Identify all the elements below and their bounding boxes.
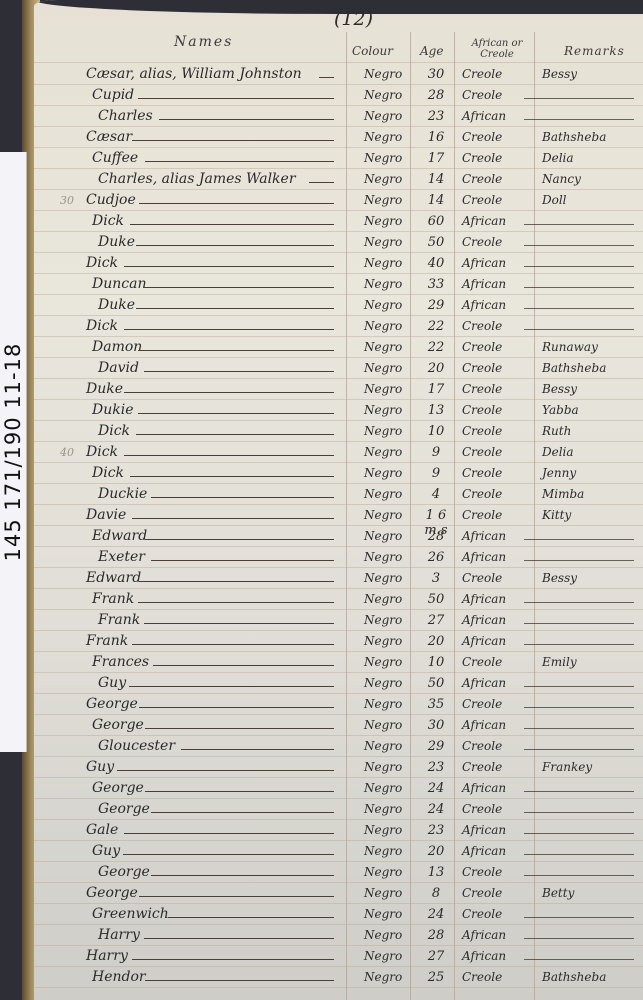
- entry-origin: African: [462, 109, 506, 123]
- entry-name: Dick: [92, 465, 124, 481]
- entry-name: Dick: [86, 318, 118, 334]
- entry-origin: African: [462, 634, 506, 648]
- name-fill-line: [151, 560, 334, 561]
- table-row: DukieNegro13CreoleYabba: [34, 400, 643, 421]
- entry-origin: African: [462, 613, 506, 627]
- entry-origin: African: [462, 844, 506, 858]
- entry-age: 29: [418, 298, 454, 313]
- entry-name: Guy: [98, 675, 126, 691]
- entry-colour: Negro: [364, 592, 402, 606]
- name-fill-line: [124, 392, 334, 393]
- name-fill-line: [139, 203, 334, 204]
- name-fill-line: [319, 77, 334, 78]
- entry-name: Greenwich: [92, 906, 169, 922]
- entry-origin: Creole: [462, 970, 502, 984]
- entry-origin: Creole: [462, 382, 502, 396]
- entry-remark: Ruth: [542, 424, 571, 438]
- entry-origin: African: [462, 214, 506, 228]
- entry-colour: Negro: [364, 172, 402, 186]
- entry-origin: Creole: [462, 361, 502, 375]
- entry-name: George: [92, 717, 144, 733]
- entry-age: 20: [418, 844, 454, 859]
- name-fill-line: [145, 287, 334, 288]
- name-fill-line: [145, 161, 334, 162]
- table-row: DickNegro60African: [34, 211, 643, 232]
- table-row: GuyNegro20African: [34, 841, 643, 862]
- entry-name: Davie: [86, 507, 126, 523]
- entry-colour: Negro: [364, 571, 402, 585]
- entry-origin: Creole: [462, 403, 502, 417]
- name-fill-line: [124, 329, 334, 330]
- remark-fill-line: [524, 917, 634, 918]
- table-row: CupidNegro28Creole: [34, 85, 643, 106]
- entry-colour: Negro: [364, 613, 402, 627]
- entry-age: 24: [418, 907, 454, 922]
- table-row: Charles, alias James WalkerNegro14Creole…: [34, 169, 643, 190]
- entry-name: Edward: [86, 570, 141, 586]
- entry-origin: Creole: [462, 151, 502, 165]
- entry-origin: Creole: [462, 886, 502, 900]
- entry-remark: Frankey: [542, 760, 592, 774]
- entry-age: 23: [418, 823, 454, 838]
- entry-origin: Creole: [462, 802, 502, 816]
- name-fill-line: [129, 686, 335, 687]
- header-names: Names: [174, 34, 233, 50]
- entry-age: 9: [418, 445, 454, 460]
- entry-colour: Negro: [364, 802, 402, 816]
- table-row: GeorgeNegro35Creole: [34, 694, 643, 715]
- entry-name: Duke: [86, 381, 123, 397]
- table-row: ExeterNegro26African: [34, 547, 643, 568]
- entry-origin: Creole: [462, 739, 502, 753]
- entry-origin: Creole: [462, 508, 502, 522]
- remark-fill-line: [524, 728, 634, 729]
- entry-origin: Creole: [462, 424, 502, 438]
- entry-age: 13: [418, 865, 454, 880]
- table-row: DickNegro22Creole: [34, 316, 643, 337]
- entry-remark: Betty: [542, 886, 574, 900]
- entry-origin: Creole: [462, 67, 502, 81]
- entry-name: Charles: [98, 108, 153, 124]
- entry-remark: Bathsheba: [542, 130, 606, 144]
- entry-colour: Negro: [364, 550, 402, 564]
- name-fill-line: [132, 644, 335, 645]
- name-fill-line: [124, 833, 334, 834]
- entry-age: 30: [418, 67, 454, 82]
- entry-name: Dukie: [92, 402, 134, 418]
- remark-fill-line: [524, 308, 634, 309]
- name-fill-line: [138, 350, 335, 351]
- name-fill-line: [144, 938, 335, 939]
- table-row: FrankNegro50African: [34, 589, 643, 610]
- remark-fill-line: [524, 98, 634, 99]
- entry-age: 29: [418, 739, 454, 754]
- entry-name: Duncan: [92, 276, 146, 292]
- entry-colour: Negro: [364, 634, 402, 648]
- entry-remark: Bathsheba: [542, 361, 606, 375]
- entry-colour: Negro: [364, 445, 402, 459]
- header-colour: Colour: [352, 44, 393, 58]
- table-row: HendorNegro25CreoleBathsheba: [34, 967, 643, 988]
- entry-name: Dick: [98, 423, 130, 439]
- entry-origin: Creole: [462, 655, 502, 669]
- remark-fill-line: [524, 644, 634, 645]
- name-fill-line: [168, 917, 335, 918]
- entry-origin: Creole: [462, 88, 502, 102]
- entry-age: 28: [418, 928, 454, 943]
- name-fill-line: [139, 707, 334, 708]
- remark-fill-line: [524, 854, 634, 855]
- entry-origin: African: [462, 676, 506, 690]
- name-fill-line: [145, 980, 334, 981]
- entry-age: 10: [418, 655, 454, 670]
- entry-origin: African: [462, 592, 506, 606]
- entry-name: Harry: [98, 927, 140, 943]
- entry-colour: Negro: [364, 235, 402, 249]
- entry-colour: Negro: [364, 466, 402, 480]
- entry-origin: African: [462, 529, 506, 543]
- entry-colour: Negro: [364, 298, 402, 312]
- remark-fill-line: [524, 560, 634, 561]
- remark-fill-line: [524, 623, 634, 624]
- name-fill-line: [130, 476, 334, 477]
- table-row: DamonNegro22CreoleRunaway: [34, 337, 643, 358]
- table-row: DuncanNegro33African: [34, 274, 643, 295]
- entry-age: 3: [418, 571, 454, 586]
- entry-origin: Creole: [462, 466, 502, 480]
- entry-origin: Creole: [462, 760, 502, 774]
- name-fill-line: [145, 539, 334, 540]
- margin-mark: 30: [60, 194, 74, 207]
- entry-colour: Negro: [364, 655, 402, 669]
- name-fill-line: [151, 812, 334, 813]
- name-fill-line: [151, 497, 334, 498]
- entry-name: George: [98, 864, 150, 880]
- entry-remark: Doll: [542, 193, 567, 207]
- entry-origin: African: [462, 298, 506, 312]
- entry-name: Cupid: [92, 87, 134, 103]
- entry-origin: Creole: [462, 235, 502, 249]
- entry-origin: Creole: [462, 865, 502, 879]
- entry-colour: Negro: [364, 781, 402, 795]
- table-row: CuffeeNegro17CreoleDelia: [34, 148, 643, 169]
- name-fill-line: [144, 623, 335, 624]
- entry-name: Dick: [86, 444, 118, 460]
- entry-age: 35: [418, 697, 454, 712]
- entry-colour: Negro: [364, 382, 402, 396]
- table-row: GeorgeNegro24Creole: [34, 799, 643, 820]
- entry-name: Charles, alias James Walker: [98, 171, 296, 187]
- archive-tag: 145 171/190 11-18: [0, 152, 27, 752]
- entry-colour: Negro: [364, 823, 402, 837]
- entry-remark: Delia: [542, 445, 574, 459]
- entry-origin: Creole: [462, 907, 502, 921]
- entry-age: 13: [418, 403, 454, 418]
- remark-fill-line: [524, 959, 634, 960]
- remark-fill-line: [524, 749, 634, 750]
- entry-remark: Bessy: [542, 382, 577, 396]
- entry-age: 40: [418, 256, 454, 271]
- table-row: DickNegro9CreoleDelia: [34, 442, 643, 463]
- entry-age: 24: [418, 781, 454, 796]
- entry-age: 16: [418, 130, 454, 145]
- entry-name: Guy: [92, 843, 120, 859]
- entry-name: Frances: [92, 654, 149, 670]
- table-row: DavieNegro1 6 m.sCreoleKitty: [34, 505, 643, 526]
- name-fill-line: [124, 266, 334, 267]
- entry-name: George: [92, 780, 144, 796]
- name-fill-line: [159, 119, 335, 120]
- name-fill-line: [139, 896, 334, 897]
- entry-origin: Creole: [462, 445, 502, 459]
- entry-age: 17: [418, 382, 454, 397]
- name-fill-line: [309, 182, 335, 183]
- name-fill-line: [138, 413, 335, 414]
- entry-age: 20: [418, 634, 454, 649]
- entry-origin: Creole: [462, 319, 502, 333]
- remark-fill-line: [524, 224, 634, 225]
- remark-fill-line: [524, 266, 634, 267]
- table-row: Cæsar, alias, William JohnstonNegro30Cre…: [34, 64, 643, 85]
- entry-colour: Negro: [364, 865, 402, 879]
- name-fill-line: [124, 455, 334, 456]
- entry-name: Dick: [86, 255, 118, 271]
- entry-origin: African: [462, 823, 506, 837]
- entry-remark: Nancy: [542, 172, 581, 186]
- remark-fill-line: [524, 329, 634, 330]
- entry-colour: Negro: [364, 403, 402, 417]
- table-row: FrancesNegro10CreoleEmily: [34, 652, 643, 673]
- entry-origin: African: [462, 256, 506, 270]
- entry-colour: Negro: [364, 739, 402, 753]
- entry-age: 4: [418, 487, 454, 502]
- header-remarks: Remarks: [564, 44, 625, 58]
- entry-age: 25: [418, 970, 454, 985]
- entry-colour: Negro: [364, 508, 402, 522]
- entry-origin: Creole: [462, 487, 502, 501]
- table-row: GuyNegro50African: [34, 673, 643, 694]
- entry-colour: Negro: [364, 886, 402, 900]
- remark-fill-line: [524, 245, 634, 246]
- table-row: CharlesNegro23African: [34, 106, 643, 127]
- remark-fill-line: [524, 833, 634, 834]
- entry-colour: Negro: [364, 319, 402, 333]
- remark-fill-line: [524, 791, 634, 792]
- table-row: DukeNegro17CreoleBessy: [34, 379, 643, 400]
- table-row: GaleNegro23African: [34, 820, 643, 841]
- table-row: DukeNegro50Creole: [34, 232, 643, 253]
- entry-age: 23: [418, 760, 454, 775]
- name-fill-line: [130, 224, 334, 225]
- table-row: DickNegro9CreoleJenny: [34, 463, 643, 484]
- entry-age: 60: [418, 214, 454, 229]
- entry-name: Edward: [92, 528, 147, 544]
- entry-name: George: [86, 885, 138, 901]
- entry-remark: Runaway: [542, 340, 598, 354]
- name-fill-line: [181, 749, 334, 750]
- entry-name: George: [98, 801, 150, 817]
- entry-name: Frank: [92, 591, 134, 607]
- name-fill-line: [145, 791, 334, 792]
- entry-name: Dick: [92, 213, 124, 229]
- entry-name: Harry: [86, 948, 128, 964]
- table-row: EdwardNegro28African: [34, 526, 643, 547]
- remark-fill-line: [524, 539, 634, 540]
- entry-name: Cuffee: [92, 150, 138, 166]
- table-row: GreenwichNegro24Creole: [34, 904, 643, 925]
- entry-age: 28: [418, 529, 454, 544]
- entry-remark: Bathsheba: [542, 970, 606, 984]
- entry-origin: Creole: [462, 193, 502, 207]
- table-row: EdwardNegro3CreoleBessy: [34, 568, 643, 589]
- table-row: GloucesterNegro29Creole: [34, 736, 643, 757]
- entry-colour: Negro: [364, 277, 402, 291]
- name-fill-line: [123, 854, 335, 855]
- entry-colour: Negro: [364, 67, 402, 81]
- remark-fill-line: [524, 287, 634, 288]
- entry-colour: Negro: [364, 928, 402, 942]
- name-fill-line: [153, 665, 335, 666]
- remark-fill-line: [524, 812, 634, 813]
- table-row: FrankNegro27African: [34, 610, 643, 631]
- entry-colour: Negro: [364, 718, 402, 732]
- entry-origin: African: [462, 781, 506, 795]
- entry-name: Guy: [86, 759, 114, 775]
- entry-name: George: [86, 696, 138, 712]
- entry-age: 27: [418, 613, 454, 628]
- remark-fill-line: [524, 119, 634, 120]
- margin-mark: 40: [60, 446, 74, 459]
- entry-remark: Yabba: [542, 403, 579, 417]
- entry-age: 22: [418, 340, 454, 355]
- entry-age: 8: [418, 886, 454, 901]
- name-fill-line: [136, 245, 334, 246]
- name-fill-line: [151, 875, 334, 876]
- entry-age: 50: [418, 235, 454, 250]
- entry-age: 50: [418, 592, 454, 607]
- remark-fill-line: [524, 602, 634, 603]
- entry-name: Cæsar: [86, 129, 132, 145]
- entry-colour: Negro: [364, 130, 402, 144]
- entry-name: Gloucester: [98, 738, 175, 754]
- entry-origin: African: [462, 550, 506, 564]
- name-fill-line: [145, 728, 334, 729]
- remark-fill-line: [524, 686, 634, 687]
- header-origin: African or Creole: [462, 38, 532, 60]
- entry-name: Cudjoe: [86, 192, 136, 208]
- entry-colour: Negro: [364, 256, 402, 270]
- entry-origin: Creole: [462, 340, 502, 354]
- entry-age: 9: [418, 466, 454, 481]
- entry-age: 33: [418, 277, 454, 292]
- table-row: DickNegro10CreoleRuth: [34, 421, 643, 442]
- entry-remark: Mimba: [542, 487, 584, 501]
- entry-origin: Creole: [462, 571, 502, 585]
- entry-origin: Creole: [462, 697, 502, 711]
- entry-colour: Negro: [364, 844, 402, 858]
- entry-age: 28: [418, 88, 454, 103]
- table-row: GeorgeNegro8CreoleBetty: [34, 883, 643, 904]
- entry-name: Frank: [98, 612, 140, 628]
- entry-age: 14: [418, 172, 454, 187]
- entry-origin: Creole: [462, 130, 502, 144]
- entry-colour: Negro: [364, 907, 402, 921]
- name-fill-line: [136, 434, 334, 435]
- entry-age: 23: [418, 109, 454, 124]
- name-fill-line: [144, 371, 335, 372]
- remark-fill-line: [524, 707, 634, 708]
- table-row: GeorgeNegro30African: [34, 715, 643, 736]
- entry-origin: African: [462, 928, 506, 942]
- entry-remark: Delia: [542, 151, 574, 165]
- entry-colour: Negro: [364, 193, 402, 207]
- entry-remark: Jenny: [542, 466, 576, 480]
- entry-colour: Negro: [364, 88, 402, 102]
- entry-name: Frank: [86, 633, 128, 649]
- table-row: CæsarNegro16CreoleBathsheba: [34, 127, 643, 148]
- table-row: FrankNegro20African: [34, 631, 643, 652]
- entry-origin: African: [462, 718, 506, 732]
- table-row: CudjoeNegro14CreoleDoll: [34, 190, 643, 211]
- remark-fill-line: [524, 938, 634, 939]
- header-age: Age: [420, 44, 443, 58]
- entry-age: 27: [418, 949, 454, 964]
- ledger-page: (12) Names Colour Age African or Creole …: [34, 0, 643, 1000]
- name-fill-line: [132, 140, 335, 141]
- entry-origin: African: [462, 949, 506, 963]
- entry-name: Exeter: [98, 549, 145, 565]
- table-row: DavidNegro20CreoleBathsheba: [34, 358, 643, 379]
- entry-age: 20: [418, 361, 454, 376]
- entry-name: Duckie: [98, 486, 147, 502]
- entry-colour: Negro: [364, 949, 402, 963]
- entry-age: 50: [418, 676, 454, 691]
- name-fill-line: [136, 308, 334, 309]
- entry-colour: Negro: [364, 214, 402, 228]
- table-row: GuyNegro23CreoleFrankey: [34, 757, 643, 778]
- entry-age: 10: [418, 424, 454, 439]
- entry-age: 14: [418, 193, 454, 208]
- entry-age: 26: [418, 550, 454, 565]
- header-rule: [34, 62, 643, 63]
- name-fill-line: [117, 770, 335, 771]
- table-row: GeorgeNegro13Creole: [34, 862, 643, 883]
- entry-remark: Kitty: [542, 508, 571, 522]
- page-number: (12): [334, 8, 373, 30]
- table-row: DickNegro40African: [34, 253, 643, 274]
- entry-colour: Negro: [364, 109, 402, 123]
- entry-colour: Negro: [364, 340, 402, 354]
- name-fill-line: [138, 602, 335, 603]
- entry-colour: Negro: [364, 697, 402, 711]
- entry-name: Hendor: [92, 969, 146, 985]
- entry-colour: Negro: [364, 424, 402, 438]
- entry-name: Damon: [92, 339, 142, 355]
- archive-reference: 145 171/190 11-18: [0, 152, 26, 752]
- table-row: HarryNegro28African: [34, 925, 643, 946]
- entry-age: 17: [418, 151, 454, 166]
- entry-remark: Emily: [542, 655, 577, 669]
- entry-colour: Negro: [364, 487, 402, 501]
- remark-fill-line: [524, 875, 634, 876]
- entry-remark: Bessy: [542, 67, 577, 81]
- entry-remark: Bessy: [542, 571, 577, 585]
- entry-colour: Negro: [364, 970, 402, 984]
- name-fill-line: [132, 518, 335, 519]
- table-row: DuckieNegro4CreoleMimba: [34, 484, 643, 505]
- entry-name: Duke: [98, 297, 135, 313]
- entry-name: Gale: [86, 822, 118, 838]
